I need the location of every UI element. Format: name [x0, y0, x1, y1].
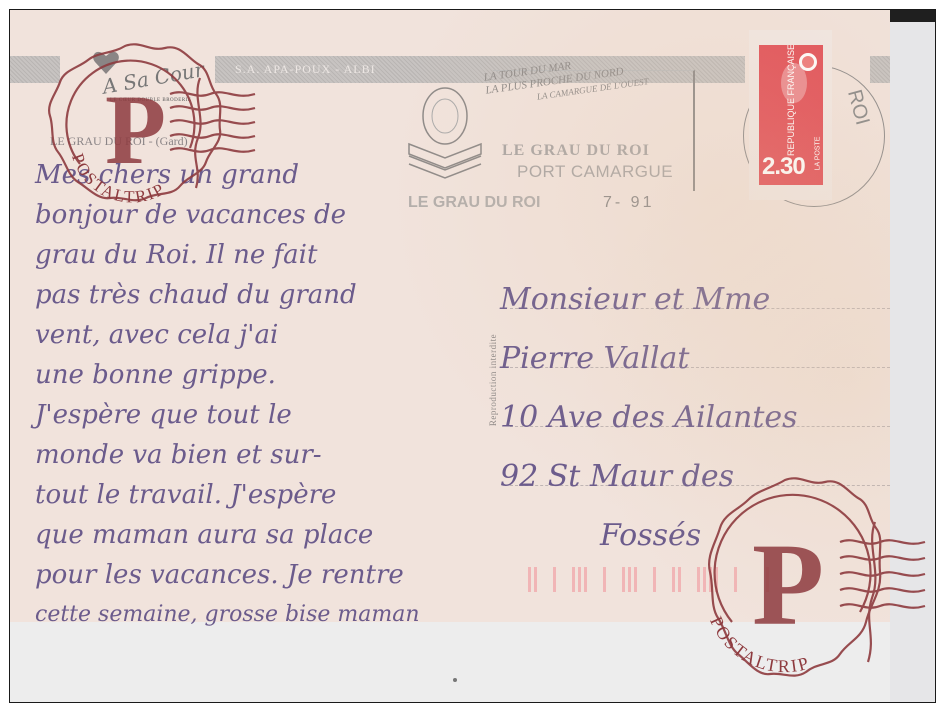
message-line: grau du Roi. Il ne fait	[35, 235, 515, 275]
dust-speck	[453, 678, 457, 682]
scan-background-strip	[890, 22, 935, 702]
brand-tagline: LE CŒUR DOUBLE BRODERIE	[110, 98, 191, 103]
message-line: une bonne grippe.	[35, 355, 515, 395]
message-line: pour les vacances. Je rentre	[35, 555, 515, 595]
message-line: J'espère que tout le	[35, 395, 515, 435]
address-line: 92 St Maur des	[500, 447, 798, 506]
message-line: monde va bien et sur-	[35, 435, 515, 475]
message-line: tout le travail. J'espère	[35, 475, 515, 515]
stamp-value: 2.30	[762, 153, 805, 181]
location-caption: LE GRAU DU ROI - (Gard)	[50, 134, 188, 149]
postcard: S.A. APA-POUX - ALBI A Sa Cour LE CŒUR D…	[10, 10, 890, 622]
postal-barcode	[528, 567, 769, 592]
stamp-image: REPUBLIQUE FRANÇAISE LA POSTE 2.30	[759, 45, 823, 185]
message-line: vent, avec cela j'ai	[35, 315, 515, 355]
handwritten-message: Mes chers un grand bonjour de vacances d…	[35, 155, 515, 635]
cockade-icon	[799, 53, 817, 71]
message-line: que maman aura sa place	[35, 515, 515, 555]
stamp-issuer: LA POSTE	[815, 137, 822, 171]
postage-stamp: REPUBLIQUE FRANÇAISE LA POSTE 2.30	[749, 30, 832, 200]
publisher-label: S.A. APA-POUX - ALBI	[235, 62, 376, 77]
address-line: Monsieur et Mme	[500, 270, 798, 329]
message-line: Mes chers un grand	[35, 155, 515, 195]
postmark-subtitle: PORT CAMARGUE	[517, 162, 673, 182]
message-line: bonjour de vacances de	[35, 195, 515, 235]
header-band	[10, 56, 60, 83]
message-line: cette semaine, grosse bise maman	[35, 595, 515, 635]
postmark-town: LE GRAU DU ROI	[502, 142, 650, 160]
stamp-country: REPUBLIQUE FRANÇAISE	[786, 45, 796, 160]
top-dark-bar	[890, 10, 935, 22]
cancel-date: 7- 91	[603, 194, 654, 212]
scan-frame: S.A. APA-POUX - ALBI A Sa Cour LE CŒUR D…	[9, 9, 936, 703]
address-line: Pierre Vallat	[500, 329, 798, 388]
address-line: 10 Ave des Ailantes	[500, 388, 798, 447]
address-line: Fossés	[500, 506, 798, 565]
header-band	[870, 56, 890, 83]
recipient-address: Monsieur et Mme Pierre Vallat 10 Ave des…	[500, 270, 798, 565]
message-line: pas très chaud du grand	[35, 275, 515, 315]
